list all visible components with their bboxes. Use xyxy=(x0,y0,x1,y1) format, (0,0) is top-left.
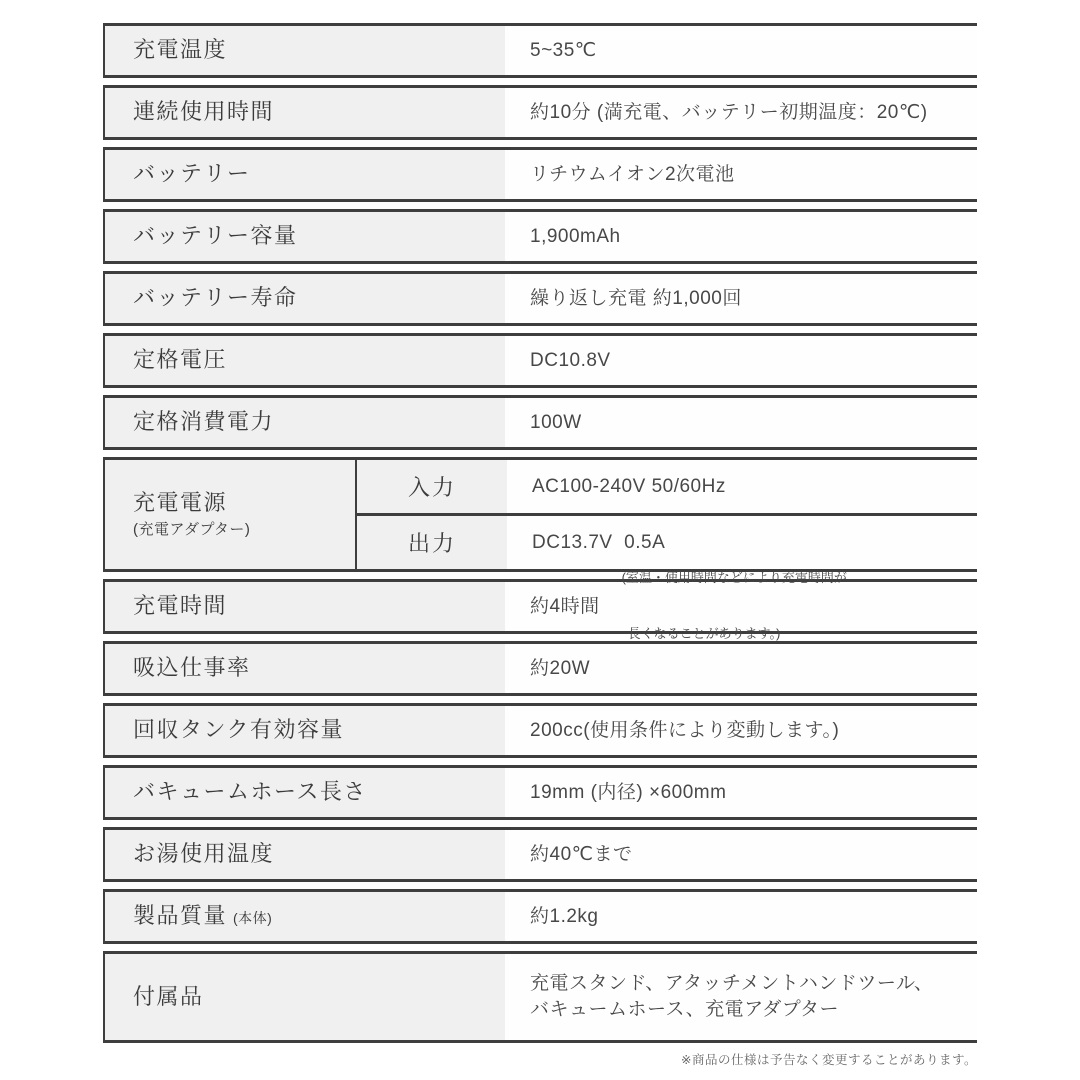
spec-label: バッテリー容量 xyxy=(105,212,505,261)
spec-label: 連続使用時間 xyxy=(105,88,505,137)
spec-value: 繰り返し充電 約1,000回 xyxy=(505,274,977,323)
spec-row-battery-life: バッテリー寿命 繰り返し充電 約1,000回 xyxy=(103,271,977,326)
power-input-value: AC100-240V 50/60Hz xyxy=(507,460,977,513)
spec-row-battery-capacity: バッテリー容量 1,900mAh xyxy=(103,209,977,264)
spec-value: 約4時間 (室温・使用時間などにより充電時間が 長くなることがあります。) xyxy=(505,582,977,631)
spec-row-battery: バッテリー リチウムイオン2次電池 xyxy=(103,147,977,202)
spec-sheet-page: 充電温度 5~35℃ 連続使用時間 約10分 (満充電、バッテリー初期温度：20… xyxy=(0,0,1080,1080)
spec-value: リチウムイオン2次電池 xyxy=(505,150,977,199)
spec-label: 回収タンク有効容量 xyxy=(105,706,505,755)
spec-label-main: 充電電源 xyxy=(133,490,355,516)
spec-label: 充電温度 xyxy=(105,26,505,75)
weight-label-note: (本体) xyxy=(233,910,272,927)
spec-value: 5~35℃ xyxy=(505,26,977,75)
spec-value: 約1.2kg xyxy=(505,892,977,941)
weight-label-group: 製品質量 (本体) xyxy=(133,903,505,929)
accessories-line1: 充電スタンド、アタッチメントハンドツール、 xyxy=(530,971,933,997)
power-output-label: 出力 xyxy=(357,516,507,569)
spec-label: バッテリー寿命 xyxy=(105,274,505,323)
accessories-line2: バキュームホース、充電アダプター xyxy=(530,997,839,1023)
spec-row-rated-power: 定格消費電力 100W xyxy=(103,395,977,450)
spec-label-note: (充電アダプター) xyxy=(133,521,355,539)
spec-value: 200cc(使用条件により変動します。) xyxy=(505,706,977,755)
spec-label: 充電電源 (充電アダプター) xyxy=(105,460,355,569)
charge-time-note-line2: 長くなることがあります。) xyxy=(622,625,847,644)
spec-table: 充電温度 5~35℃ 連続使用時間 約10分 (満充電、バッテリー初期温度：20… xyxy=(103,23,977,1050)
charge-time-main-value: 約4時間 xyxy=(530,594,600,620)
spec-label: 定格消費電力 xyxy=(105,398,505,447)
spec-value: 約40℃まで xyxy=(505,830,977,879)
spec-row-rated-voltage: 定格電圧 DC10.8V xyxy=(103,333,977,388)
spec-value: 100W xyxy=(505,398,977,447)
spec-label: バキュームホース長さ xyxy=(105,768,505,817)
spec-value: DC10.8V xyxy=(505,336,977,385)
spec-label: 付属品 xyxy=(105,954,505,1040)
weight-label-main: 製品質量 xyxy=(133,903,227,929)
spec-value: 19mm (内径) ×600mm xyxy=(505,768,977,817)
spec-label: お湯使用温度 xyxy=(105,830,505,879)
spec-row-hot-water-temperature: お湯使用温度 約40℃まで xyxy=(103,827,977,882)
spec-label: 吸込仕事率 xyxy=(105,644,505,693)
spec-value: 1,900mAh xyxy=(505,212,977,261)
footer-disclaimer: ※商品の仕様は予告なく変更することがあります。 xyxy=(377,1050,977,1068)
spec-value: 約10分 (満充電、バッテリー初期温度：20℃) xyxy=(505,88,977,137)
spec-row-tank-capacity: 回収タンク有効容量 200cc(使用条件により変動します。) xyxy=(103,703,977,758)
spec-value: 約20W xyxy=(505,644,977,693)
spec-value: 充電スタンド、アタッチメントハンドツール、 バキュームホース、充電アダプター xyxy=(505,954,977,1040)
spec-row-accessories: 付属品 充電スタンド、アタッチメントハンドツール、 バキュームホース、充電アダプ… xyxy=(103,951,977,1043)
spec-row-charging-temperature: 充電温度 5~35℃ xyxy=(103,23,977,78)
spec-label: 定格電圧 xyxy=(105,336,505,385)
spec-row-product-weight: 製品質量 (本体) 約1.2kg xyxy=(103,889,977,944)
spec-row-suction-power: 吸込仕事率 約20W xyxy=(103,641,977,696)
spec-row-charge-time: 充電時間 約4時間 (室温・使用時間などにより充電時間が 長くなることがあります… xyxy=(103,579,977,634)
spec-row-vacuum-hose-length: バキュームホース長さ 19mm (内径) ×600mm xyxy=(103,765,977,820)
spec-label: バッテリー xyxy=(105,150,505,199)
power-input-row: 入力 AC100-240V 50/60Hz xyxy=(357,460,977,516)
power-input-label: 入力 xyxy=(357,460,507,513)
spec-row-continuous-use-time: 連続使用時間 約10分 (満充電、バッテリー初期温度：20℃) xyxy=(103,85,977,140)
spec-label: 製品質量 (本体) xyxy=(105,892,505,941)
charge-time-note-line1: (室温・使用時間などにより充電時間が xyxy=(622,569,847,588)
spec-label: 充電時間 xyxy=(105,582,505,631)
